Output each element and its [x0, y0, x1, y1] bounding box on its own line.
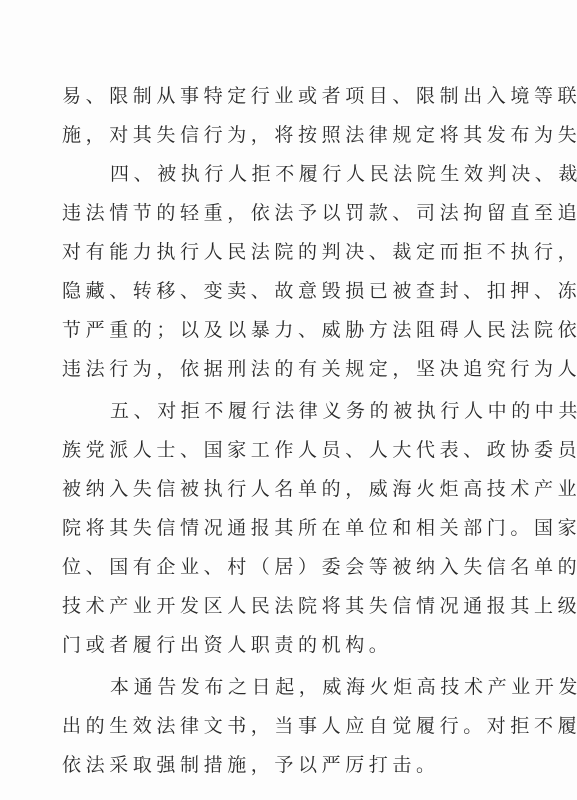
text-line: 出的生效法律文书，当事人应自觉履行。对拒不履行的，我们将: [62, 711, 518, 741]
text-line: 院将其失信情况通报其所在单位和相关部门。国家机关、事业单: [62, 513, 518, 543]
text-line: 位、国有企业、村（居）委会等被纳入失信名单的，威海火炬高: [62, 552, 518, 582]
text-line: 依法采取强制措施，予以严厉打击。: [62, 750, 440, 780]
text-line: 隐藏、转移、变卖、故意毁损已被查封、扣押、冻结的财产，情: [62, 276, 518, 306]
text-line: 违法情节的轻重，依法予以罚款、司法拘留直至追究刑事责任。: [62, 198, 518, 228]
paragraph-notice-start: 本通告发布之日起，威海火炬高技术产业开发区人民法院做: [110, 672, 518, 702]
text-line: 技术产业开发区人民法院将其失信情况通报其上级单位，主管部: [62, 591, 518, 621]
text-line: 施，对其失信行为，将按照法律规定将其发布为失信被执行人。: [62, 120, 518, 150]
text-line: 节严重的；以及以暴力、威胁方法阻碍人民法院依法执行等严重: [62, 315, 518, 345]
text-line: 违法行为，依据刑法的有关规定，坚决追究行为人的刑事责任。: [62, 354, 518, 384]
text-line: 族党派人士、国家工作人员、人大代表、政协委员、劳动模范等: [62, 435, 518, 465]
paragraph-four-start: 四、被执行人拒不履行人民法院生效判决、裁定的，根据其: [110, 159, 518, 189]
text-line: 易、限制从事特定行业或者项目、限制出入境等联合信用惩戒措: [62, 81, 518, 111]
text-line: 对有能力执行人民法院的判决、裁定而拒不执行，情节严重的；: [62, 237, 518, 267]
document-page: 易、限制从事特定行业或者项目、限制出入境等联合信用惩戒措 施，对其失信行为，将按…: [0, 0, 577, 800]
paragraph-five-start: 五、对拒不履行法律义务的被执行人中的中共党员、其他民: [110, 396, 518, 426]
text-line: 门或者履行出资人职责的机构。: [62, 630, 392, 660]
text-line: 被纳入失信被执行人名单的，威海火炬高技术产业开发区人民法: [62, 474, 518, 504]
